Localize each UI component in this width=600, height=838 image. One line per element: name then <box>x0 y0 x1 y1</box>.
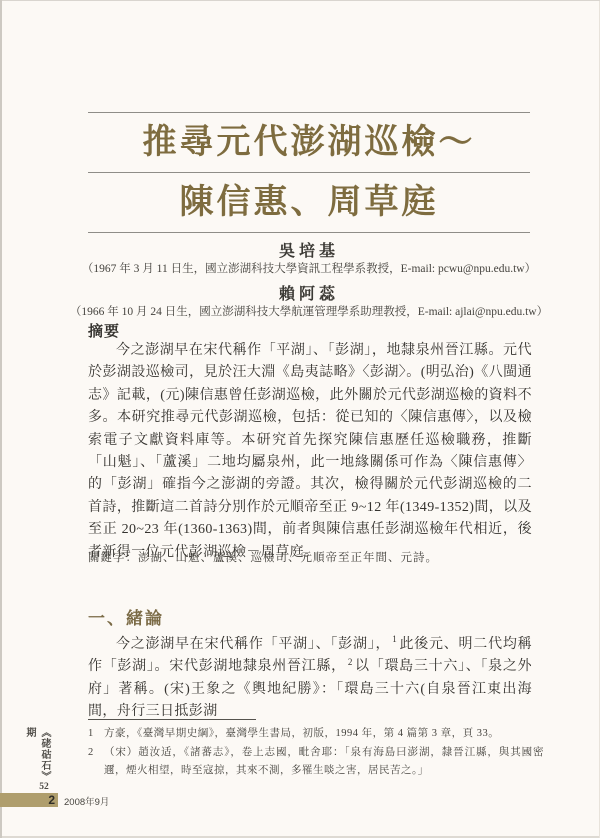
page-number: 2 <box>48 793 55 807</box>
footnote-separator <box>88 719 256 720</box>
author-name: 吳培基 <box>88 238 530 261</box>
journal-spine-label: 《硓𥑮石》52期 <box>22 727 52 793</box>
footnote-ref-2: 2 <box>346 657 355 667</box>
author-name: 賴阿蕊 <box>88 281 530 304</box>
title-rule-bottom <box>88 232 530 233</box>
title-rule-middle <box>88 172 530 173</box>
footnote-ref-1: 1 <box>390 634 399 644</box>
footnote-list: 1 方豪，《臺灣早期史綱》，臺灣學生書局，初版，1994 年，第 4 篇第 3 … <box>88 725 544 781</box>
journal-title-vertical: 《硓𥑮石》 <box>39 727 50 782</box>
title-rule-top <box>88 112 530 113</box>
abstract-body: 今之澎湖早在宋代稱作「平湖」、「彭湖」，地隸泉州晉江縣。元代於彭湖設巡檢司，見於… <box>88 340 532 564</box>
article-title-line2: 陳信惠、周草庭 <box>88 186 530 220</box>
page-number-bar: 2 <box>0 793 58 807</box>
journal-issue-unit: 期 <box>24 727 35 738</box>
footnote-item: 2 （宋）趙汝适，《諸蕃志》，卷上志國，毗舍耶：「泉有海島曰澎湖，隸晉江縣，與其… <box>88 744 544 781</box>
intro-text-segment: 今之澎湖早在宋代稱作「平湖」、「彭湖」， <box>116 637 390 652</box>
journal-issue-number: 52 <box>39 782 49 792</box>
keywords-line: 關鍵字：澎湖、山魁、蘆溪、巡檢司、元順帝至正年間、元詩。 <box>88 549 532 565</box>
author-affiliation: （1966 年 10 月 24 日生，國立澎湖科技大學航運管理學系助理教授，E-… <box>60 303 558 319</box>
intro-paragraph: 今之澎湖早在宋代稱作「平湖」、「彭湖」，1此後元、明二代均稱作「彭湖」。宋代彭湖… <box>88 634 532 724</box>
footnote-text: （宋）趙汝适，《諸蕃志》，卷上志國，毗舍耶：「泉有海島曰澎湖，隸晉江縣，與其國密… <box>104 744 544 781</box>
author-affiliation: （1967 年 3 月 11 日生，國立澎湖科技大學資訊工程學系教授，E-mai… <box>60 260 558 276</box>
footnote-number: 1 <box>88 725 104 744</box>
footnote-item: 1 方豪，《臺灣早期史綱》，臺灣學生書局，初版，1994 年，第 4 篇第 3 … <box>88 725 544 744</box>
article-title-line1: 推尋元代澎湖巡檢～ <box>88 126 530 160</box>
abstract-heading: 摘要 <box>88 320 120 341</box>
section-heading: 一、緒論 <box>88 604 164 629</box>
scanned-journal-page: 推尋元代澎湖巡檢～ 陳信惠、周草庭 吳培基 （1967 年 3 月 11 日生，… <box>0 0 600 838</box>
issue-date: 2008年9月 <box>64 794 109 808</box>
footnote-number: 2 <box>88 744 104 781</box>
footnote-text: 方豪，《臺灣早期史綱》，臺灣學生書局，初版，1994 年，第 4 篇第 3 章，… <box>104 725 544 744</box>
